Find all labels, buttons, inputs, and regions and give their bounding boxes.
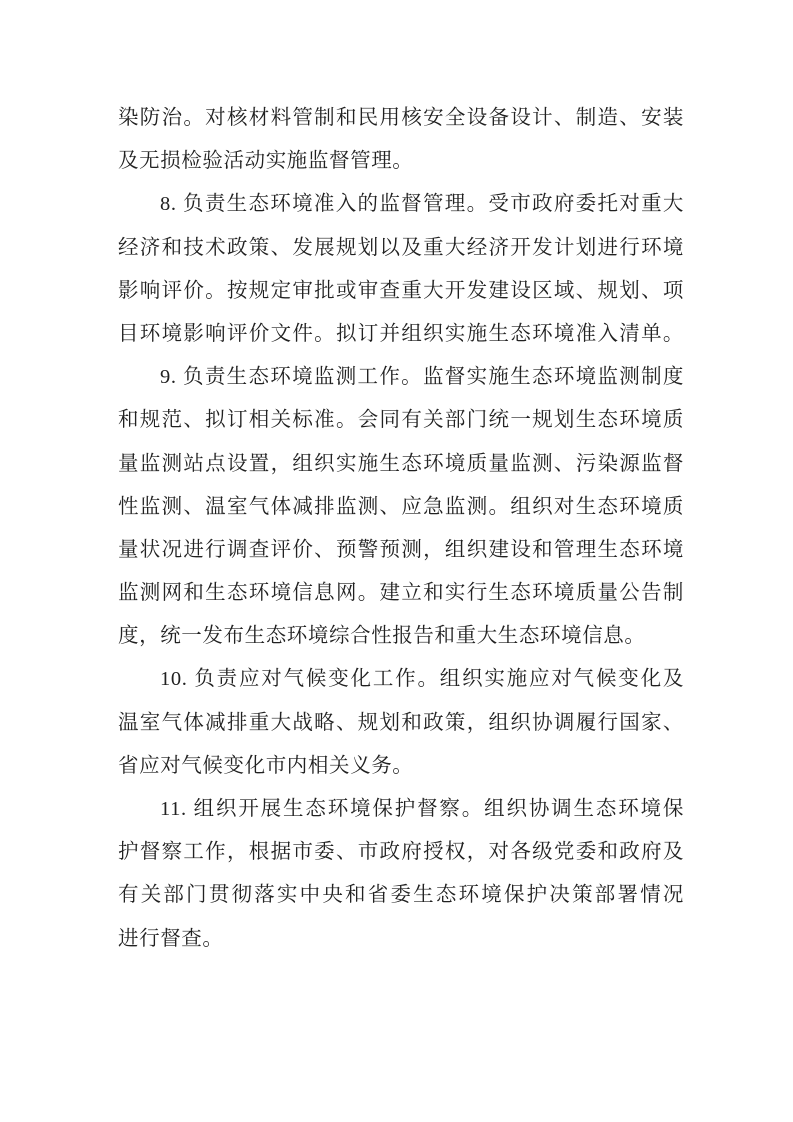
text-line: 10. 负责应对气候变化工作。组织实施应对气候变化及 [118,658,684,701]
text-line: 护督察工作，根据市委、市政府授权，对各级党委和政府及 [118,831,684,874]
text-line: 11. 组织开展生态环境保护督察。组织协调生态环境保 [118,788,684,831]
paragraph-item-10: 10. 负责应对气候变化工作。组织实施应对气候变化及 温室气体减排重大战略、规划… [118,658,684,788]
document-page: 染防治。对核材料管制和民用核安全设备设计、制造、安装 及无损检验活动实施监督管理… [0,0,793,1122]
text-line: 及无损检验活动实施监督管理。 [118,140,684,183]
text-line: 监测网和生态环境信息网。建立和实行生态环境质量公告制 [118,572,684,615]
text-line: 性监测、温室气体减排监测、应急监测。组织对生态环境质 [118,486,684,529]
text-line: 目环境影响评价文件。拟订并组织实施生态环境准入清单。 [118,313,684,356]
text-line: 量状况进行调查评价、预警预测，组织建设和管理生态环境 [118,529,684,572]
text-line: 和规范、拟订相关标准。会同有关部门统一规划生态环境质 [118,399,684,442]
text-line: 有关部门贯彻落实中央和省委生态环境保护决策部署情况 [118,874,684,917]
text-line: 进行督查。 [118,918,684,961]
paragraph-item-8: 8. 负责生态环境准入的监督管理。受市政府委托对重大 经济和技术政策、发展规划以… [118,183,684,356]
text-line: 温室气体减排重大战略、规划和政策，组织协调履行国家、 [118,702,684,745]
text-line: 染防治。对核材料管制和民用核安全设备设计、制造、安装 [118,97,684,140]
document-body: 染防治。对核材料管制和民用核安全设备设计、制造、安装 及无损检验活动实施监督管理… [118,97,684,961]
paragraph-item-9: 9. 负责生态环境监测工作。监督实施生态环境监测制度 和规范、拟订相关标准。会同… [118,356,684,658]
text-line: 影响评价。按规定审批或审查重大开发建设区域、规划、项 [118,270,684,313]
paragraph-item-11: 11. 组织开展生态环境保护督察。组织协调生态环境保 护督察工作，根据市委、市政… [118,788,684,961]
paragraph-continuation: 染防治。对核材料管制和民用核安全设备设计、制造、安装 及无损检验活动实施监督管理… [118,97,684,183]
text-line: 省应对气候变化市内相关义务。 [118,745,684,788]
text-line: 8. 负责生态环境准入的监督管理。受市政府委托对重大 [118,183,684,226]
text-line: 9. 负责生态环境监测工作。监督实施生态环境监测制度 [118,356,684,399]
text-line: 量监测站点设置，组织实施生态环境质量监测、污染源监督 [118,443,684,486]
text-line: 经济和技术政策、发展规划以及重大经济开发计划进行环境 [118,227,684,270]
text-line: 度，统一发布生态环境综合性报告和重大生态环境信息。 [118,615,684,658]
